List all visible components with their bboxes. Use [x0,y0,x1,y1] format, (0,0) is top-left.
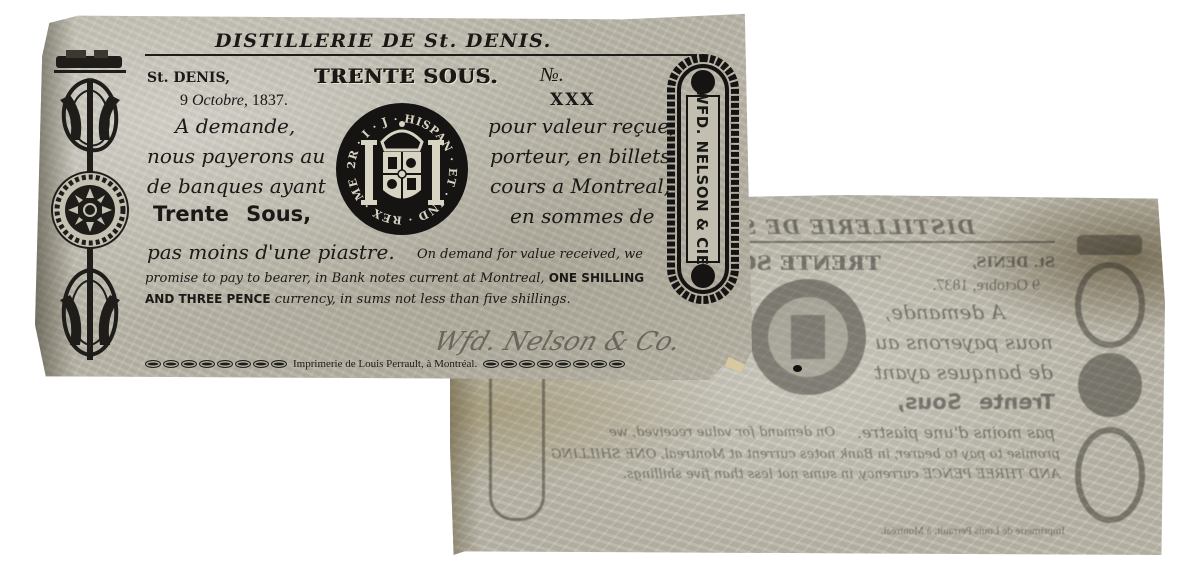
printer-line: Imprimerie de Louis Perrault, à Montréal… [293,358,477,370]
back-date: 9 Octobre, 1837. [932,277,1040,295]
denomination-title: TRENTE SOUS. [315,64,499,88]
issue-date: 9 Octobre, 1837. [180,92,288,110]
spanish-coin-emblem: 2R · I · J · HISPAN · ET · IND · REX · M… [335,102,470,237]
back-left-ornament [1072,235,1147,535]
left-ornament [50,50,130,370]
number-label: №. [540,64,564,87]
banknote-front: DISTILLERIE DE St. DENIS. St. DENIS, 9 O… [35,12,752,380]
back-english-line-1: On demand for value received, we [609,425,835,440]
french-line-right-4: en sommes de [510,204,654,228]
english-line-3: AND THREE PENCE currency, in sums not le… [145,292,571,307]
back-french-line-3: de banques ayant [874,360,1053,384]
french-line-left-2: nous payerons au [147,144,325,168]
locomotive-icon [54,50,126,73]
english-line-1: On demand for value received, we [417,247,643,262]
back-place: St. DENIS, [972,255,1055,271]
back-english-line-3: AND THREE PENCE currency, in sums not le… [623,467,1060,482]
french-line-right-1: pour valeur reçue, [488,114,676,138]
back-coin-emblem [745,275,870,400]
back-english-line-2: promise to pay to bearer, in Bank notes … [551,447,1060,462]
back-french-line-1: A demande, [885,300,1005,324]
signature: Wfd. Nelson & Co. [430,327,684,357]
pinhole [793,365,802,372]
rosette-icon [52,172,128,248]
chain-ornament-right [483,360,625,368]
heading-rule [145,54,697,56]
note-heading: DISTILLERIE DE St. DENIS. [215,30,552,52]
serial-number: XXX [550,90,596,110]
french-line-left-3: de banques ayant [147,174,326,198]
french-line-right-3: cours a Montreal, [490,174,670,198]
back-printer-line: Imprimerie de Louis Perrault, à Montréal… [881,525,1065,537]
amount-text: Trente Sous, [153,202,311,226]
french-line-left-1: A demande, [175,114,295,138]
printer-footer: Imprimerie de Louis Perrault, à Montréal… [145,358,625,370]
english-line-2: promise to pay to bearer, in Bank notes … [145,271,644,286]
back-french-closing: pas moins d'une piastre. [857,423,1055,442]
back-amount: Trente Sous, [897,390,1055,414]
chain-ornament-left [145,360,287,368]
side-panel-text: WFD. NELSON & CIE. [687,72,717,287]
back-french-line-2: nous payerons au [875,330,1053,354]
issue-place: St. DENIS, [147,70,230,86]
french-line-right-2: porteur, en billets [490,144,670,168]
french-closing: pas moins d'une piastre. [147,240,395,264]
